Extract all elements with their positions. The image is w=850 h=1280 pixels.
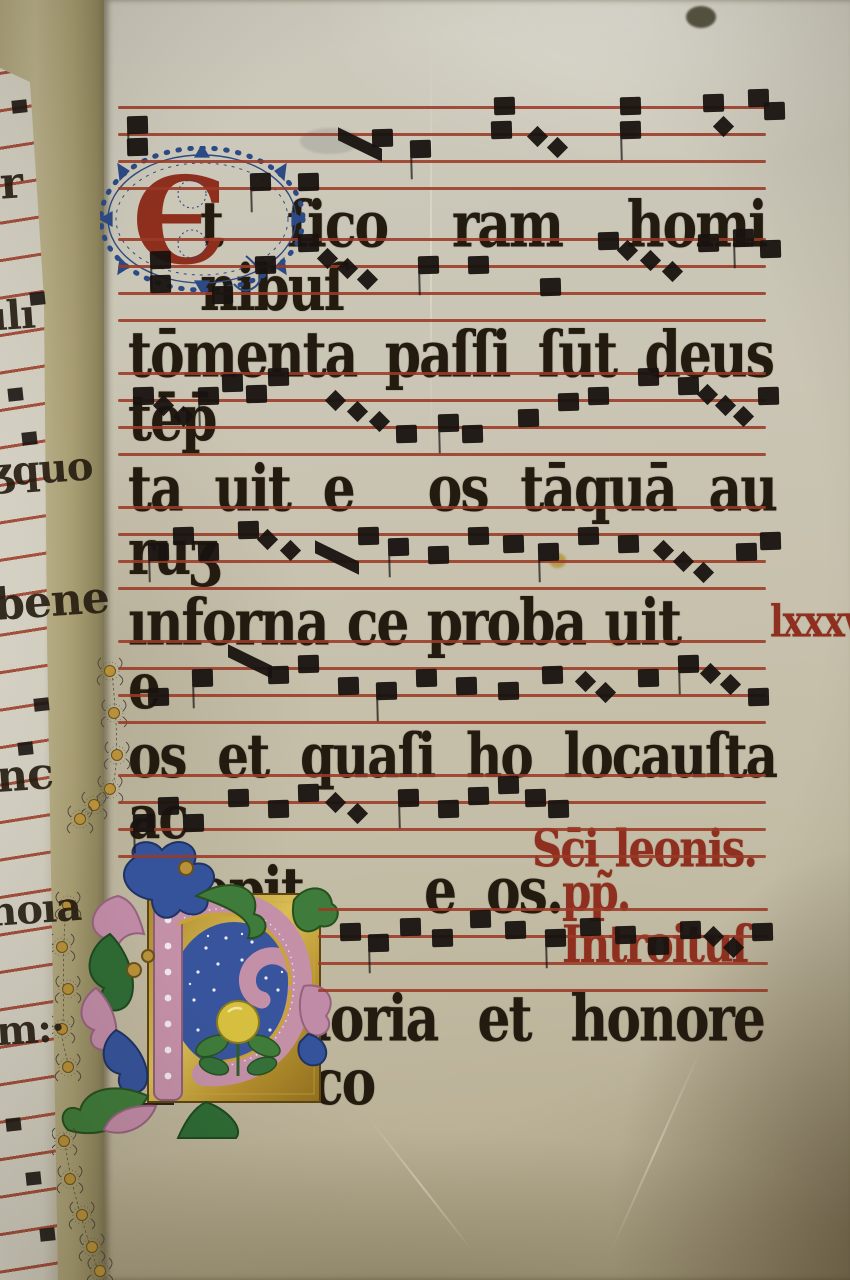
neume (468, 256, 489, 275)
neume (598, 231, 619, 250)
stave-line (118, 533, 766, 536)
neume (238, 521, 259, 540)
neume (183, 813, 204, 832)
stave-line (118, 667, 766, 670)
neume (494, 97, 515, 116)
neume-fragment (17, 741, 33, 755)
neume (376, 682, 397, 701)
stave-line (118, 372, 766, 375)
neume-fragment (5, 1117, 21, 1131)
neume (468, 786, 489, 805)
neume (438, 414, 459, 433)
neume (358, 526, 379, 545)
neume (127, 116, 148, 135)
neume (255, 256, 276, 275)
neume (198, 387, 219, 406)
neume (416, 669, 437, 688)
neume (462, 425, 483, 444)
folio-number: lxxxv (770, 600, 850, 644)
stave-line (118, 694, 766, 697)
chant-line-7: loria et honore co (312, 988, 764, 1115)
stave-line (118, 106, 766, 109)
neume (470, 910, 491, 929)
neume (368, 934, 389, 953)
neume-fragment (33, 697, 49, 711)
manuscript-photo: t ſico ram homi nibuſ tōmenta paſſi ſūt … (0, 0, 850, 1280)
margin-decoration (52, 655, 172, 1280)
neume (298, 234, 319, 253)
neume (752, 923, 773, 942)
stave-line (118, 160, 766, 163)
neume (298, 172, 319, 191)
margin-fragment: nc (0, 748, 54, 803)
neume (542, 666, 563, 685)
neume (558, 392, 579, 411)
neume (615, 926, 636, 945)
neume (538, 543, 559, 562)
neume (548, 800, 569, 819)
neume (400, 918, 421, 937)
stave-line (118, 855, 766, 858)
neume (298, 655, 319, 674)
neume (505, 920, 526, 939)
neume (648, 937, 669, 956)
neume (150, 275, 171, 294)
neume (588, 387, 609, 406)
neume (396, 425, 417, 444)
neume (338, 677, 359, 696)
neume (760, 240, 781, 259)
neume (498, 776, 519, 795)
neume-fragment (21, 431, 37, 445)
neume (540, 277, 561, 296)
stave-line (118, 587, 766, 590)
stave-line (118, 721, 766, 724)
stave-5 (118, 640, 766, 724)
neume (133, 813, 154, 832)
neume (228, 789, 249, 808)
neume (398, 789, 419, 808)
stave-line (318, 962, 768, 965)
neume (620, 121, 641, 140)
neume (418, 256, 439, 275)
neume (703, 94, 724, 113)
neume (198, 543, 219, 562)
stave-line (118, 238, 766, 241)
neume-fragment (25, 1171, 41, 1185)
margin-fragment: m:· (0, 1004, 66, 1056)
neume (736, 543, 757, 562)
neume-fragment (39, 1227, 55, 1241)
neume (618, 535, 639, 554)
neume (678, 655, 699, 674)
neume (268, 800, 289, 819)
stave-line (118, 187, 766, 190)
stave-2 (118, 238, 766, 322)
neume (620, 97, 641, 116)
neume (268, 666, 289, 685)
neume (468, 526, 489, 545)
stave-1 (118, 106, 766, 190)
neume (173, 526, 194, 545)
neume (438, 800, 459, 819)
stave-line (118, 640, 766, 643)
neume (212, 285, 233, 304)
neume (456, 677, 477, 696)
stave-line (118, 133, 766, 136)
neume (250, 172, 271, 191)
neume (158, 797, 179, 816)
neume (268, 368, 289, 387)
stave-line (118, 453, 766, 456)
neume (638, 669, 659, 688)
neume (578, 526, 599, 545)
margin-fragment: ʒquo (0, 442, 94, 496)
neume (680, 920, 701, 939)
margin-fragment: bene (0, 572, 110, 631)
neume (758, 387, 779, 406)
neume (148, 687, 169, 706)
margin-fragment: r (0, 157, 24, 209)
neume (372, 129, 393, 148)
neume (148, 543, 169, 562)
neume (733, 229, 754, 248)
neume (340, 923, 361, 942)
neume (432, 928, 453, 947)
neume (764, 102, 785, 121)
neume (127, 137, 148, 156)
neume (498, 682, 519, 701)
neume (638, 368, 659, 387)
neume (428, 545, 449, 564)
neume-fragment (11, 99, 27, 113)
neume-fragment (7, 387, 23, 401)
stave-line (118, 828, 766, 831)
neume (545, 928, 566, 947)
stave-line (318, 989, 768, 992)
neume (298, 784, 319, 803)
margin-fragment: noıa (0, 883, 82, 936)
stave-line (118, 506, 766, 509)
neume (503, 535, 524, 554)
stave-line (118, 774, 766, 777)
neume (410, 140, 431, 159)
neume (246, 384, 267, 403)
neume (698, 234, 719, 253)
neume-fragment (29, 291, 45, 305)
neume (150, 250, 171, 269)
neume (388, 537, 409, 556)
neume (133, 387, 154, 406)
neume (678, 376, 699, 395)
stave-line (318, 908, 768, 911)
neume (491, 121, 512, 140)
neume (222, 374, 243, 393)
neume (192, 669, 213, 688)
neume (748, 687, 769, 706)
neume (760, 532, 781, 551)
neume (580, 918, 601, 937)
ink-stain (686, 6, 716, 28)
neume (525, 789, 546, 808)
neume (518, 409, 539, 428)
stave-line (118, 319, 766, 322)
